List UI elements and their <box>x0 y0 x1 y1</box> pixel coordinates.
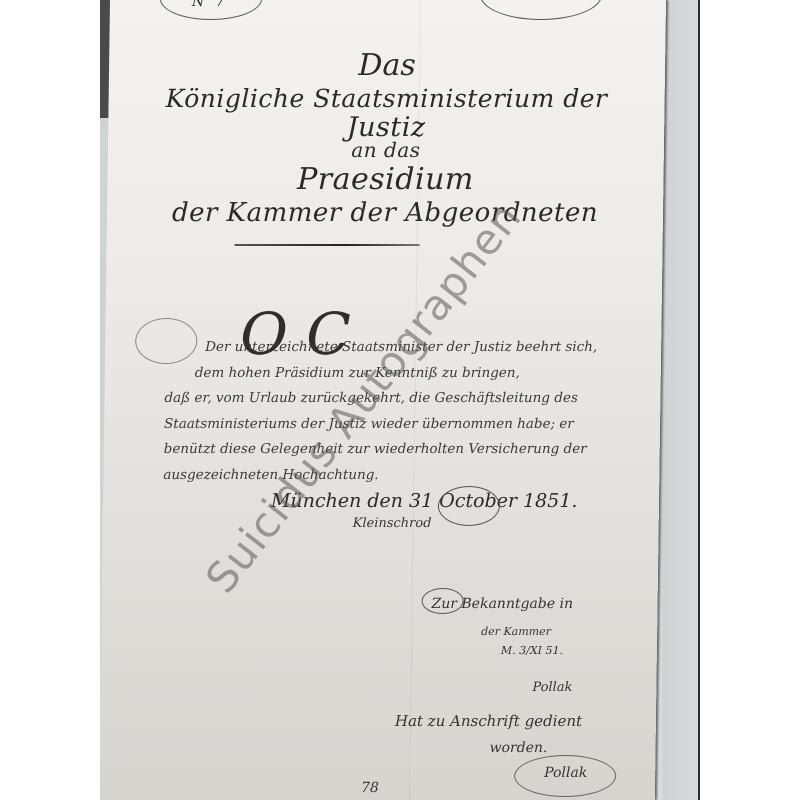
right-dark-edge <box>698 0 700 800</box>
title-ministry: Königliche Staatsministerium der <box>108 84 664 113</box>
annotation-line2: der Kammer <box>481 625 551 638</box>
title-das: Das <box>109 48 665 83</box>
title-divider <box>235 244 420 246</box>
annotation-line1: Zur Bekanntgabe in <box>431 596 573 612</box>
document-photo: N° 7 Das Königliche Staatsministerium de… <box>100 0 700 800</box>
annotation-line3: Hat zu Anschrift gedient <box>395 712 582 730</box>
title-an-das: an das <box>108 138 664 162</box>
header-right-flourish <box>480 0 603 20</box>
body-line: benützt diese Gelegenheit zur wiederholt… <box>164 437 634 463</box>
annotation-date: M. 3/XI 51. <box>501 644 563 657</box>
body-line: ausgezeichneten Hochachtung. <box>163 463 633 489</box>
footer-fragment: 78 <box>361 780 379 796</box>
minister-signature: Kleinschrod <box>353 516 432 531</box>
title-praesidium: Praesidium <box>107 162 663 197</box>
title-kammer: der Kammer der Abgeordneten <box>107 198 663 228</box>
signature2-oval <box>514 755 617 797</box>
annotation-signature1: Pollak <box>532 680 572 695</box>
body-line: Staatsministeriums der Justiz wieder übe… <box>164 412 634 438</box>
annotation-line4: worden. <box>489 740 547 756</box>
date-year-oval <box>438 486 501 526</box>
right-background <box>662 0 698 800</box>
header-fragment: N° 7 <box>192 0 225 10</box>
